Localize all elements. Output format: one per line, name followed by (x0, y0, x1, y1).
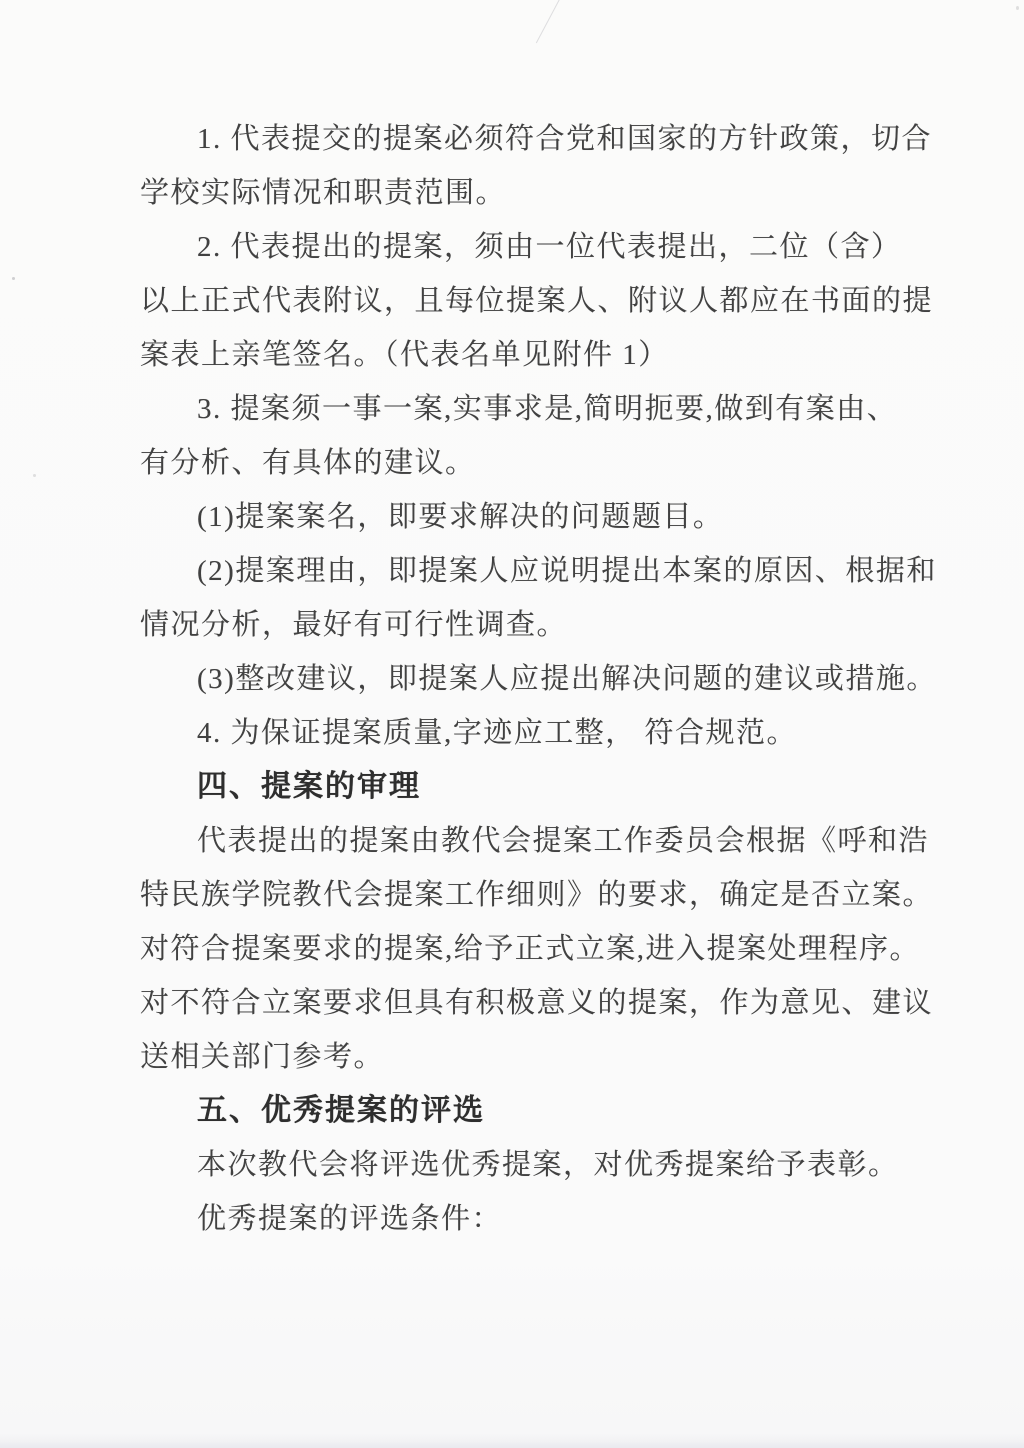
scan-scratch-artifact (536, 0, 561, 43)
scanned-document-page: 1. 代表提交的提案必须符合党和国家的方针政策，切合学校实际情况和职责范围。2.… (0, 0, 1024, 1448)
scan-speck-artifact (33, 474, 36, 477)
scan-speck-artifact (12, 277, 15, 280)
text-line: 学校实际情况和职责范围。 (140, 166, 904, 220)
text-line: (1)提案案名，即要求解决的问题题目。 (140, 490, 904, 544)
scan-speck-artifact (1016, 6, 1019, 10)
section-heading: 四、提案的审理 (140, 760, 904, 814)
text-line: 本次教代会将评选优秀提案，对优秀提案给予表彰。 (140, 1138, 904, 1192)
text-line: 对不符合立案要求但具有积极意义的提案，作为意见、建议 (140, 976, 904, 1030)
text-line: 有分析、有具体的建议。 (140, 436, 904, 490)
text-line: 3. 提案须一事一案,实事求是,简明扼要,做到有案由、 (140, 382, 904, 436)
text-line: 1. 代表提交的提案必须符合党和国家的方针政策，切合 (140, 112, 904, 166)
text-line: 4. 为保证提案质量,字迹应工整， 符合规范。 (140, 706, 904, 760)
text-line: 2. 代表提出的提案，须由一位代表提出，二位（含） (140, 220, 904, 274)
text-line: 案表上亲笔签名。（代表名单见附件 1） (140, 328, 904, 382)
section-heading: 五、优秀提案的评选 (140, 1084, 904, 1138)
text-line: (2)提案理由，即提案人应说明提出本案的原因、根据和 (140, 544, 904, 598)
text-line: (3)整改建议，即提案人应提出解决问题的建议或措施。 (140, 652, 904, 706)
text-line: 送相关部门参考。 (140, 1030, 904, 1084)
text-line: 对符合提案要求的提案,给予正式立案,进入提案处理程序。 (140, 922, 904, 976)
text-line: 特民族学院教代会提案工作细则》的要求，确定是否立案。 (140, 868, 904, 922)
text-line: 情况分析，最好有可行性调查。 (140, 598, 904, 652)
text-line: 优秀提案的评选条件： (140, 1192, 904, 1246)
text-line: 代表提出的提案由教代会提案工作委员会根据《呼和浩 (140, 814, 904, 868)
document-text-block: 1. 代表提交的提案必须符合党和国家的方针政策，切合学校实际情况和职责范围。2.… (140, 112, 904, 1246)
text-line: 以上正式代表附议，且每位提案人、附议人都应在书面的提 (140, 274, 904, 328)
page-bottom-scan-edge (0, 1442, 1024, 1448)
